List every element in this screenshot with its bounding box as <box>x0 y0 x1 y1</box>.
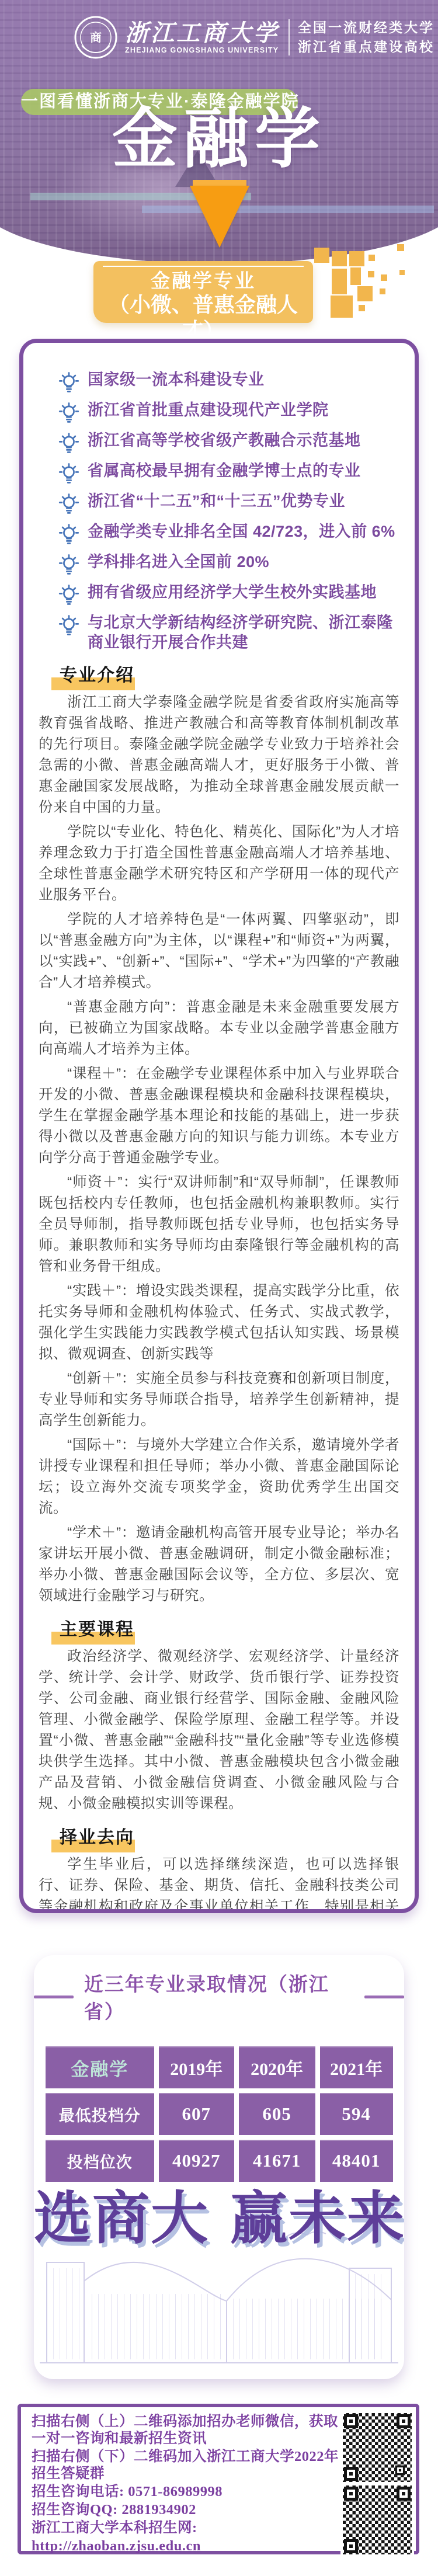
admission-table: 金融学 2019年 2020年 2021年 最低投档分 607 605 594 … <box>46 2046 393 2182</box>
paragraph: 浙江工商大学泰隆金融学院是省委省政府实施高等教育强省战略、推进产教融合和高等教育… <box>39 692 399 818</box>
table-year-header: 2020年 <box>239 2046 315 2088</box>
program-banner: 金融学专业 （小微、普惠金融人才） <box>93 261 313 323</box>
contact-line: 扫描右侧（下）二维码加入浙江工商大学2022年招生答疑群 <box>32 2448 340 2482</box>
contact-text: 扫描右侧（上）二维码添加招办老师微信，获取一对一咨询和最新招生资讯 扫描右侧（下… <box>32 2412 340 2556</box>
paragraph: “师资＋”：实行“双讲师制”和“双导师制”，任课教师既包括校内专任教师，也包括金… <box>39 1172 399 1277</box>
admission-card: 近三年专业录取情况（浙江省） 金融学 2019年 2020年 2021年 最低投… <box>34 1955 404 2379</box>
contact-box: 扫描右侧（上）二维码添加招办老师微信，获取一对一咨询和最新招生资讯 扫描右侧（下… <box>18 2404 419 2554</box>
qr-finder <box>344 2414 358 2428</box>
tagline-2: 浙江省重点建设高校 <box>298 37 434 57</box>
courses-paragraphs: 政治经济学、微观经济学、宏观经济学、计量经济学、统计学、会计学、财政学、货币银行… <box>39 1646 399 1814</box>
qr-finder <box>344 2539 358 2553</box>
lightbulb-icon <box>58 462 79 489</box>
paragraph: “普惠金融方向”：普惠金融是未来金融重要发展方向，已被确立为国家战略。本专业以金… <box>39 997 399 1060</box>
list-item: 国家级一流本科建设专业 <box>58 370 399 400</box>
paragraph: “创新＋”：实施全员参与科技竞赛和创新项目制度，专业导师和实务导师联合指导，培养… <box>39 1368 399 1431</box>
decor-stripe-blue <box>142 206 434 213</box>
paragraph: “实践＋”：增设实践类课程，提高实践学分比重，依托实务导师和金融机构体验式、任务… <box>39 1281 399 1365</box>
heading-rule-left <box>34 1996 74 1998</box>
lightbulb-icon <box>58 401 79 429</box>
paragraph: 学院以“专业化、特色化、精英化、国际化”为人才培养理念致力于打造全国性普惠金融高… <box>39 822 399 906</box>
qq-group-qr-code <box>343 2485 412 2554</box>
banner-title: 金融学专业 <box>93 270 313 292</box>
admissions-website-link[interactable]: http://zhaoban.zjsu.edu.cn <box>32 2537 340 2554</box>
list-item: 金融学类专业排名全国 42/723，进入前 6% <box>58 522 399 552</box>
table-value: 605 <box>239 2093 315 2135</box>
svg-text:商: 商 <box>90 30 102 44</box>
highlights-list: 国家级一流本科建设专业 浙江省首批重点建设现代产业学院 浙江省高等学校省级产教融… <box>39 370 399 652</box>
highlight-text: 拥有省级应用经济学大学生校外实践基地 <box>79 582 377 602</box>
banner-subtitle: （小微、普惠金融人才） <box>93 292 313 343</box>
paragraph: 政治经济学、微观经济学、宏观经济学、计量经济学、统计学、会计学、财政学、货币银行… <box>39 1646 399 1814</box>
banner-rule <box>103 266 304 267</box>
list-item: 省属高校最早拥有金融学博士点的专业 <box>58 461 399 491</box>
list-item: 拥有省级应用经济学大学生校外实践基地 <box>58 582 399 613</box>
qr-finder <box>344 2467 358 2481</box>
list-item: 与北京大学新结构经济学研究院、浙江泰隆商业银行开展合作共建 <box>58 613 399 652</box>
highlight-text: 与北京大学新结构经济学研究院、浙江泰隆商业银行开展合作共建 <box>79 613 399 652</box>
lightbulb-icon <box>58 523 79 550</box>
university-masthead: 商 浙江工商大学 ZHEJIANG GONGSHANG UNIVERSITY 全… <box>74 15 434 60</box>
table-value: 607 <box>159 2093 234 2135</box>
highlight-text: 浙江省“十二五”和“十三五”优势专业 <box>79 491 345 511</box>
tagline-1: 全国一流财经类大学 <box>298 18 434 37</box>
list-item: 浙江省“十二五”和“十三五”优势专业 <box>58 491 399 522</box>
admission-heading: 近三年专业录取情况（浙江省） <box>34 1969 404 2024</box>
university-name-cn: 浙江工商大学 <box>125 20 279 46</box>
table-year-header: 2021年 <box>320 2046 393 2088</box>
down-arrow-icon <box>190 186 249 248</box>
lightbulb-icon <box>58 492 79 520</box>
qr-finder <box>397 2414 411 2428</box>
lightbulb-icon <box>58 614 79 641</box>
highlight-text: 学科排名进入全国前 20% <box>79 552 269 572</box>
section-title-courses: 主要课程 <box>60 1615 134 1640</box>
table-value: 594 <box>320 2093 393 2135</box>
qr-finder <box>344 2487 358 2501</box>
contact-line: 扫描右侧（上）二维码添加招办老师微信，获取一对一咨询和最新招生资讯 <box>32 2413 340 2447</box>
paragraph: 学生毕业后，可以选择继续深造，也可以选择银行、证券、保险、基金、期货、信托、金融… <box>39 1854 399 1913</box>
lightbulb-icon <box>58 371 79 398</box>
qr-finder <box>397 2487 411 2501</box>
lightbulb-icon <box>58 583 79 611</box>
page-title: 金融学 <box>0 104 438 174</box>
intro-paragraphs: 浙江工商大学泰隆金融学院是省委省政府实施高等教育强省战略、推进产教融合和高等教育… <box>39 692 399 1607</box>
highlight-text: 浙江省首批重点建设现代产业学院 <box>79 400 329 420</box>
slogan-calligraphy: 选商大赢未来 <box>34 2172 404 2255</box>
wechat-qr-code <box>343 2413 412 2482</box>
section-title-intro: 专业介绍 <box>60 660 134 686</box>
list-item: 浙江省首批重点建设现代产业学院 <box>58 400 399 430</box>
list-item: 学科排名进入全国前 20% <box>58 552 399 582</box>
paragraph: “课程＋”：在金融学专业课程体系中加入与业界联合开发的小微、普惠金融课程模块和金… <box>39 1063 399 1169</box>
section-title-career: 择业去向 <box>60 1823 134 1848</box>
heading-rule-right <box>364 1996 404 1998</box>
table-row-label: 最低投档分 <box>46 2093 154 2135</box>
list-item: 浙江省高等学校省级产教融合示范基地 <box>58 430 399 461</box>
contact-line: 招生咨询电话: 0571-86989998 <box>32 2483 340 2500</box>
university-name-en: ZHEJIANG GONGSHANG UNIVERSITY <box>125 46 279 54</box>
qr-finder <box>395 2466 405 2476</box>
highlight-text: 国家级一流本科建设专业 <box>79 370 265 390</box>
university-seal-logo: 商 <box>74 15 118 60</box>
paragraph: “学术＋”：邀请金融机构高管开展专业导论；举办名家讲坛开展小微、普惠金融调研，制… <box>39 1522 399 1607</box>
paragraph: “国际＋”：与境外大学建立合作关系，邀请境外学者讲授专业课程和担任导师；举办小微… <box>39 1435 399 1519</box>
paragraph: 学院的人才培养特色是“一体两翼、四擎驱动”，即以“普惠金融方向”为主体，以“课程… <box>39 909 399 993</box>
lightbulb-icon <box>58 553 79 580</box>
highlight-text: 省属高校最早拥有金融学博士点的专业 <box>79 461 361 481</box>
divider <box>288 19 290 55</box>
table-corner-cell: 金融学 <box>46 2046 154 2088</box>
main-info-card: 国家级一流本科建设专业 浙江省首批重点建设现代产业学院 浙江省高等学校省级产教融… <box>19 339 419 1913</box>
lightbulb-icon <box>58 432 79 459</box>
contact-line: 浙江工商大学本科招生网: <box>32 2519 340 2536</box>
highlight-text: 金融学类专业排名全国 42/723，进入前 6% <box>79 522 395 541</box>
highlight-text: 浙江省高等学校省级产教融合示范基地 <box>79 430 361 450</box>
poster-page: 商 浙江工商大学 ZHEJIANG GONGSHANG UNIVERSITY 全… <box>0 0 438 2576</box>
career-paragraphs: 学生毕业后，可以选择继续深造，也可以选择银行、证券、保险、基金、期货、信托、金融… <box>39 1854 399 1913</box>
table-year-header: 2019年 <box>159 2046 234 2088</box>
contact-line: 招生咨询QQ: 2881934902 <box>32 2501 340 2518</box>
